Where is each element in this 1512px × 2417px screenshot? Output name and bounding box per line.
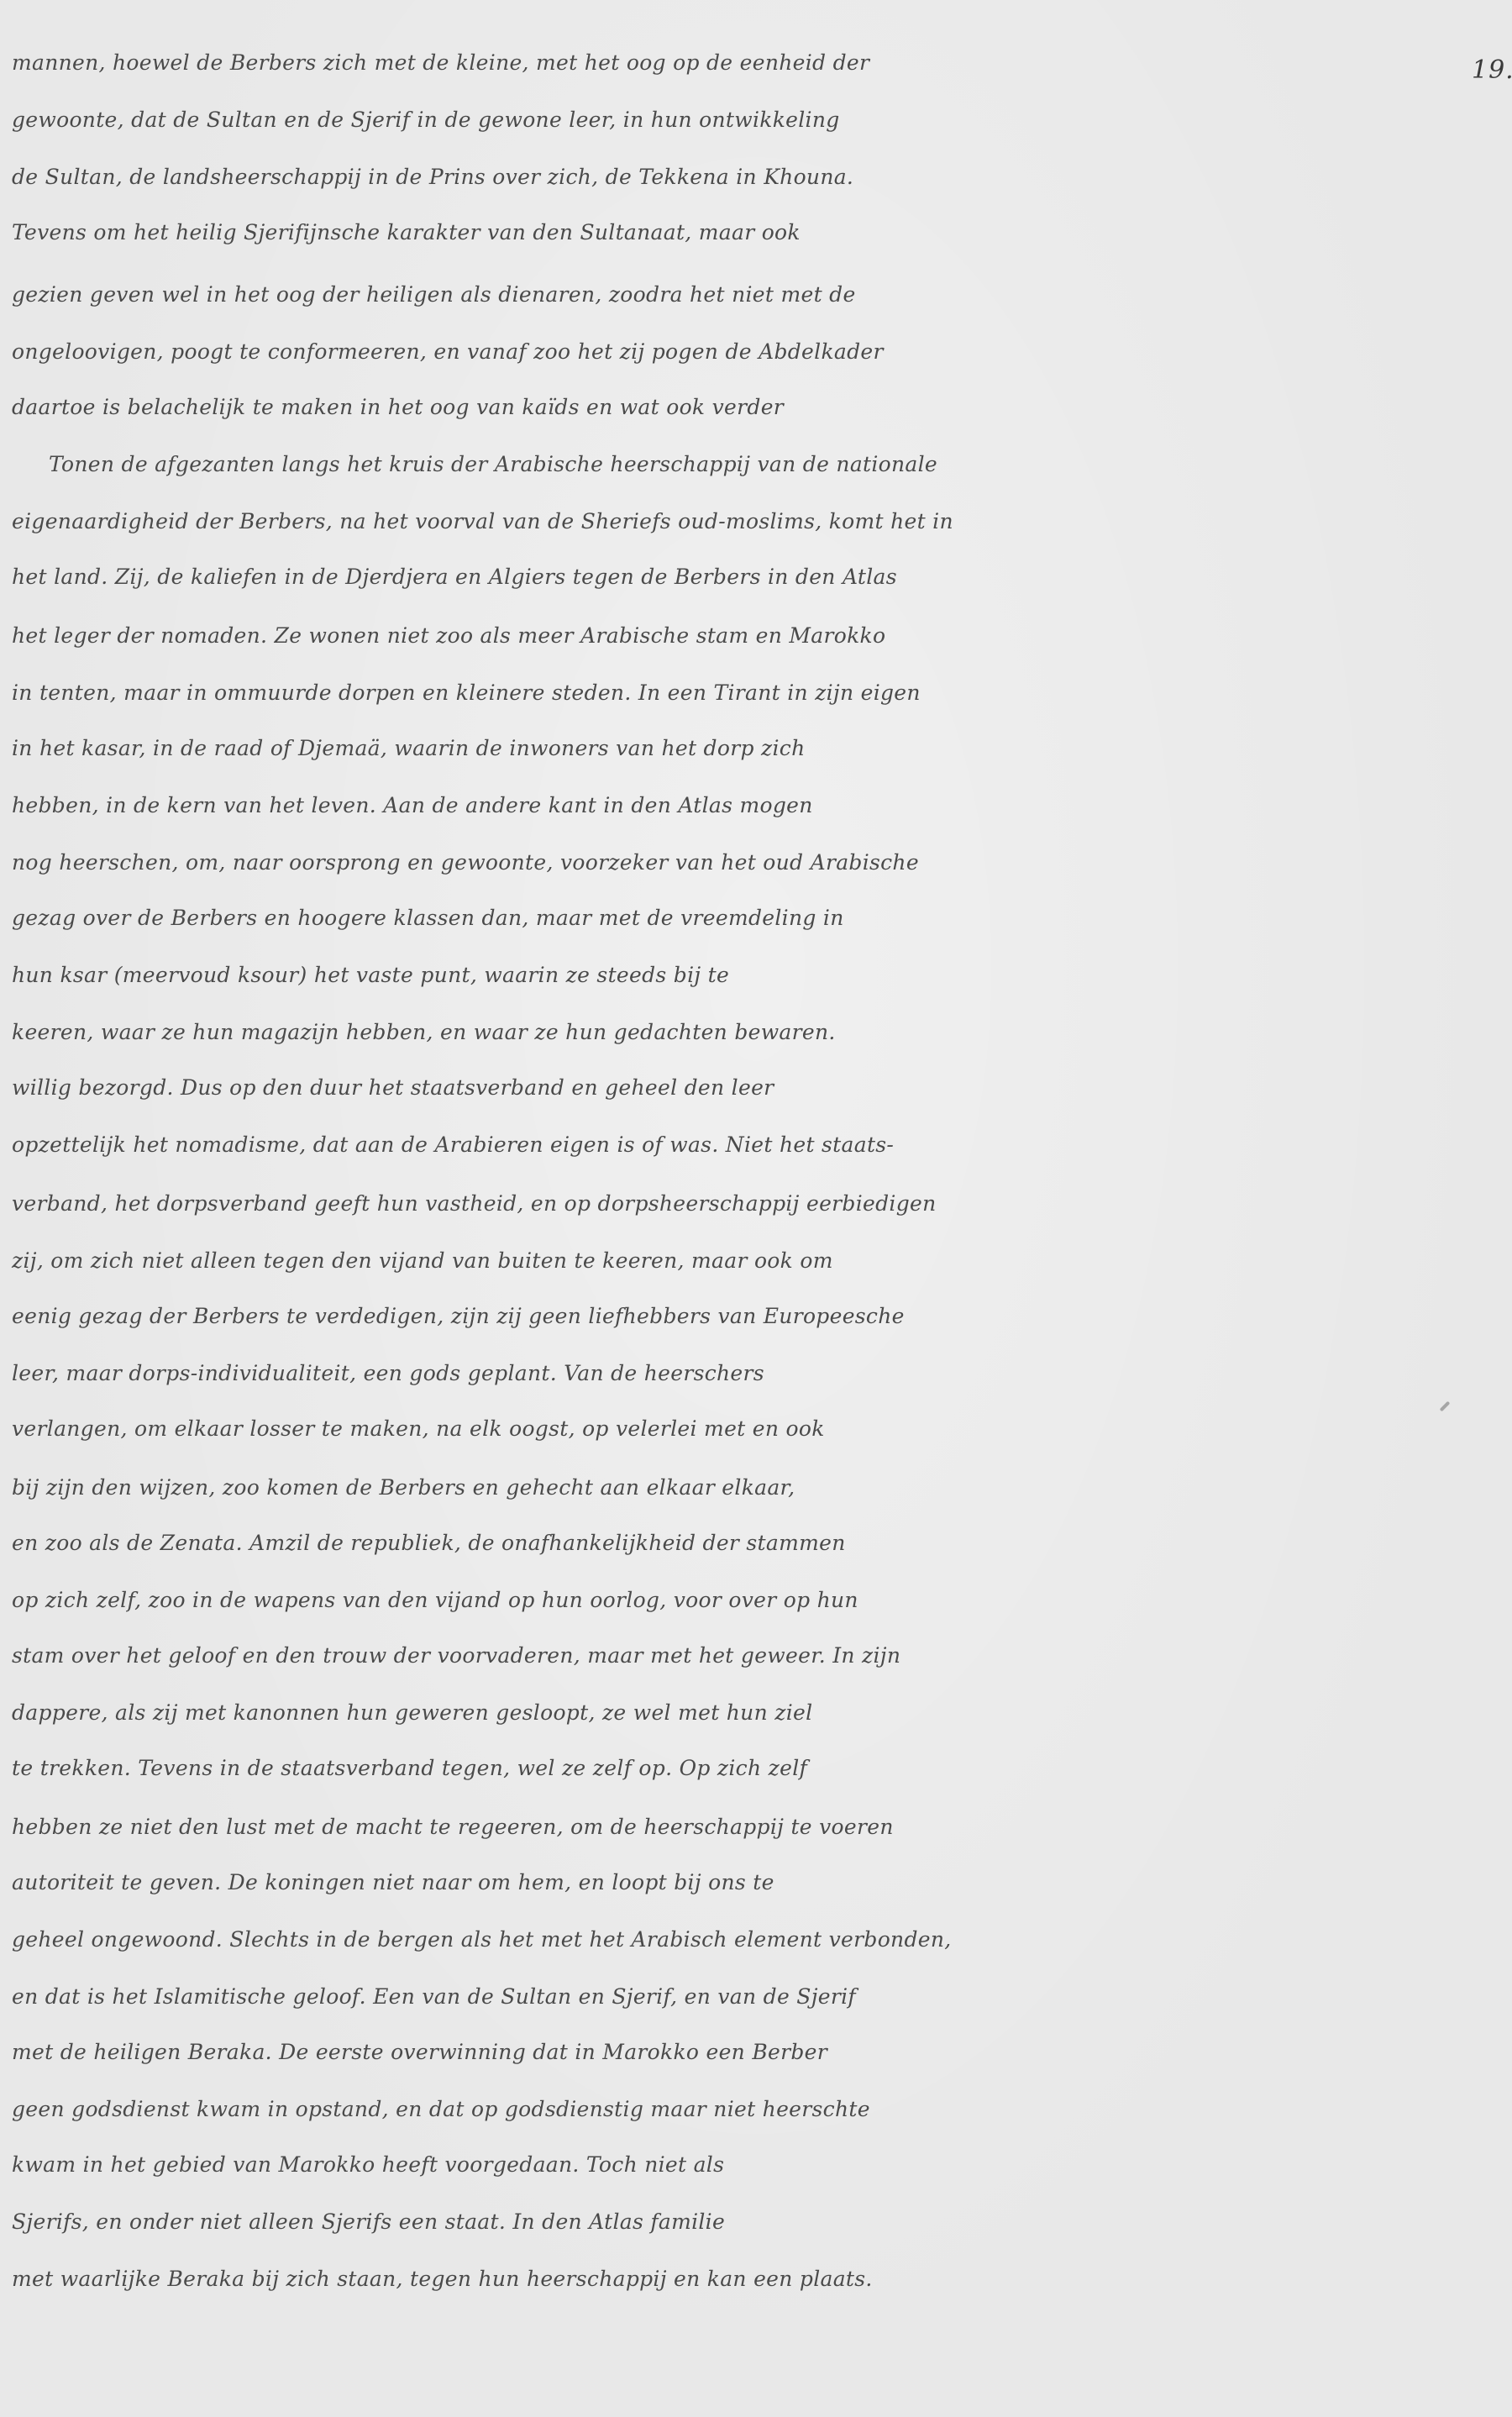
- manuscript-line-15: nog heerschen, om, naar oorsprong en gew…: [12, 850, 919, 887]
- manuscript-line-18: keeren, waar ze hun magazijn hebben, en …: [12, 1020, 836, 1057]
- manuscript-line-33: autoriteit te geven. De koningen niet na…: [12, 1870, 774, 1907]
- manuscript-line-2: gewoonte, dat de Sultan en de Sjerif in …: [12, 108, 840, 144]
- manuscript-line-4: Tevens om het heilig Sjerifijnsche karak…: [12, 220, 801, 257]
- handwritten-text-block: mannen, hoewel de Berbers zich met de kl…: [0, 0, 840, 2417]
- manuscript-line-20: opzettelijk het nomadisme, dat aan de Ar…: [12, 1132, 894, 1169]
- manuscript-line-12: in tenten, maar in ommuurde dorpen en kl…: [12, 680, 921, 717]
- manuscript-line-40: met waarlijke Beraka bij zich staan, teg…: [12, 2267, 873, 2304]
- manuscript-line-5: gezien geven wel in het oog der heiligen…: [12, 282, 856, 319]
- manuscript-line-36: met de heiligen Beraka. De eerste overwi…: [12, 2040, 827, 2077]
- manuscript-line-32: hebben ze niet den lust met de macht te …: [12, 1815, 894, 1852]
- manuscript-line-31: te trekken. Tevens in de staatsverband t…: [12, 1756, 807, 1793]
- page-number: 19.: [1472, 55, 1512, 85]
- manuscript-line-17: hun ksar (meervoud ksour) het vaste punt…: [12, 963, 729, 1000]
- manuscript-line-27: en zoo als de Zenata. Amzil de republiek…: [12, 1531, 846, 1568]
- manuscript-line-1: mannen, hoewel de Berbers zich met de kl…: [12, 50, 869, 87]
- ink-smudge-mark: [1440, 1401, 1451, 1412]
- manuscript-line-29: stam over het geloof en den trouw der vo…: [12, 1643, 900, 1680]
- manuscript-line-21: verband, het dorpsverband geeft hun vast…: [12, 1191, 937, 1228]
- manuscript-line-35: en dat is het Islamitische geloof. Een v…: [12, 1984, 856, 2021]
- manuscript-line-26: bij zijn den wijzen, zoo komen de Berber…: [12, 1475, 795, 1512]
- manuscript-line-23: eenig gezag der Berbers te verdedigen, z…: [12, 1304, 905, 1341]
- manuscript-page: 19. mannen, hoewel de Berbers zich met d…: [0, 0, 1512, 2417]
- manuscript-line-25: verlangen, om elkaar losser te maken, na…: [12, 1416, 825, 1453]
- manuscript-line-30: dappere, als zij met kanonnen hun gewere…: [12, 1700, 812, 1737]
- manuscript-line-24: leer, maar dorps-individualiteit, een go…: [12, 1361, 764, 1398]
- manuscript-line-9: eigenaardigheid der Berbers, na het voor…: [12, 509, 953, 546]
- manuscript-line-28: op zich zelf, zoo in de wapens van den v…: [12, 1588, 858, 1625]
- manuscript-line-38: kwam in het gebied van Marokko heeft voo…: [12, 2152, 724, 2189]
- manuscript-line-14: hebben, in de kern van het leven. Aan de…: [12, 793, 813, 830]
- manuscript-line-13: in het kasar, in de raad of Djemaä, waar…: [12, 736, 805, 773]
- manuscript-line-37: geen godsdienst kwam in opstand, en dat …: [12, 2097, 870, 2134]
- manuscript-line-3: de Sultan, de landsheerschappij in de Pr…: [12, 165, 853, 202]
- manuscript-line-22: zij, om zich niet alleen tegen den vijan…: [12, 1248, 833, 1285]
- manuscript-line-19: willig bezorgd. Dus op den duur het staa…: [12, 1075, 774, 1112]
- manuscript-line-16: gezag over de Berbers en hoogere klassen…: [12, 906, 844, 943]
- manuscript-line-7: daartoe is belachelijk te maken in het o…: [12, 395, 784, 432]
- manuscript-line-10: het land. Zij, de kaliefen in de Djerdje…: [12, 565, 897, 602]
- manuscript-line-34: geheel ongewoond. Slechts in de bergen a…: [12, 1927, 952, 1964]
- manuscript-line-11: het leger der nomaden. Ze wonen niet zoo…: [12, 623, 885, 660]
- manuscript-line-8: Tonen de afgezanten langs het kruis der …: [49, 452, 937, 489]
- manuscript-line-39: Sjerifs, en onder niet alleen Sjerifs ee…: [12, 2209, 725, 2246]
- manuscript-line-6: ongeloovigen, poogt te conformeeren, en …: [12, 339, 884, 376]
